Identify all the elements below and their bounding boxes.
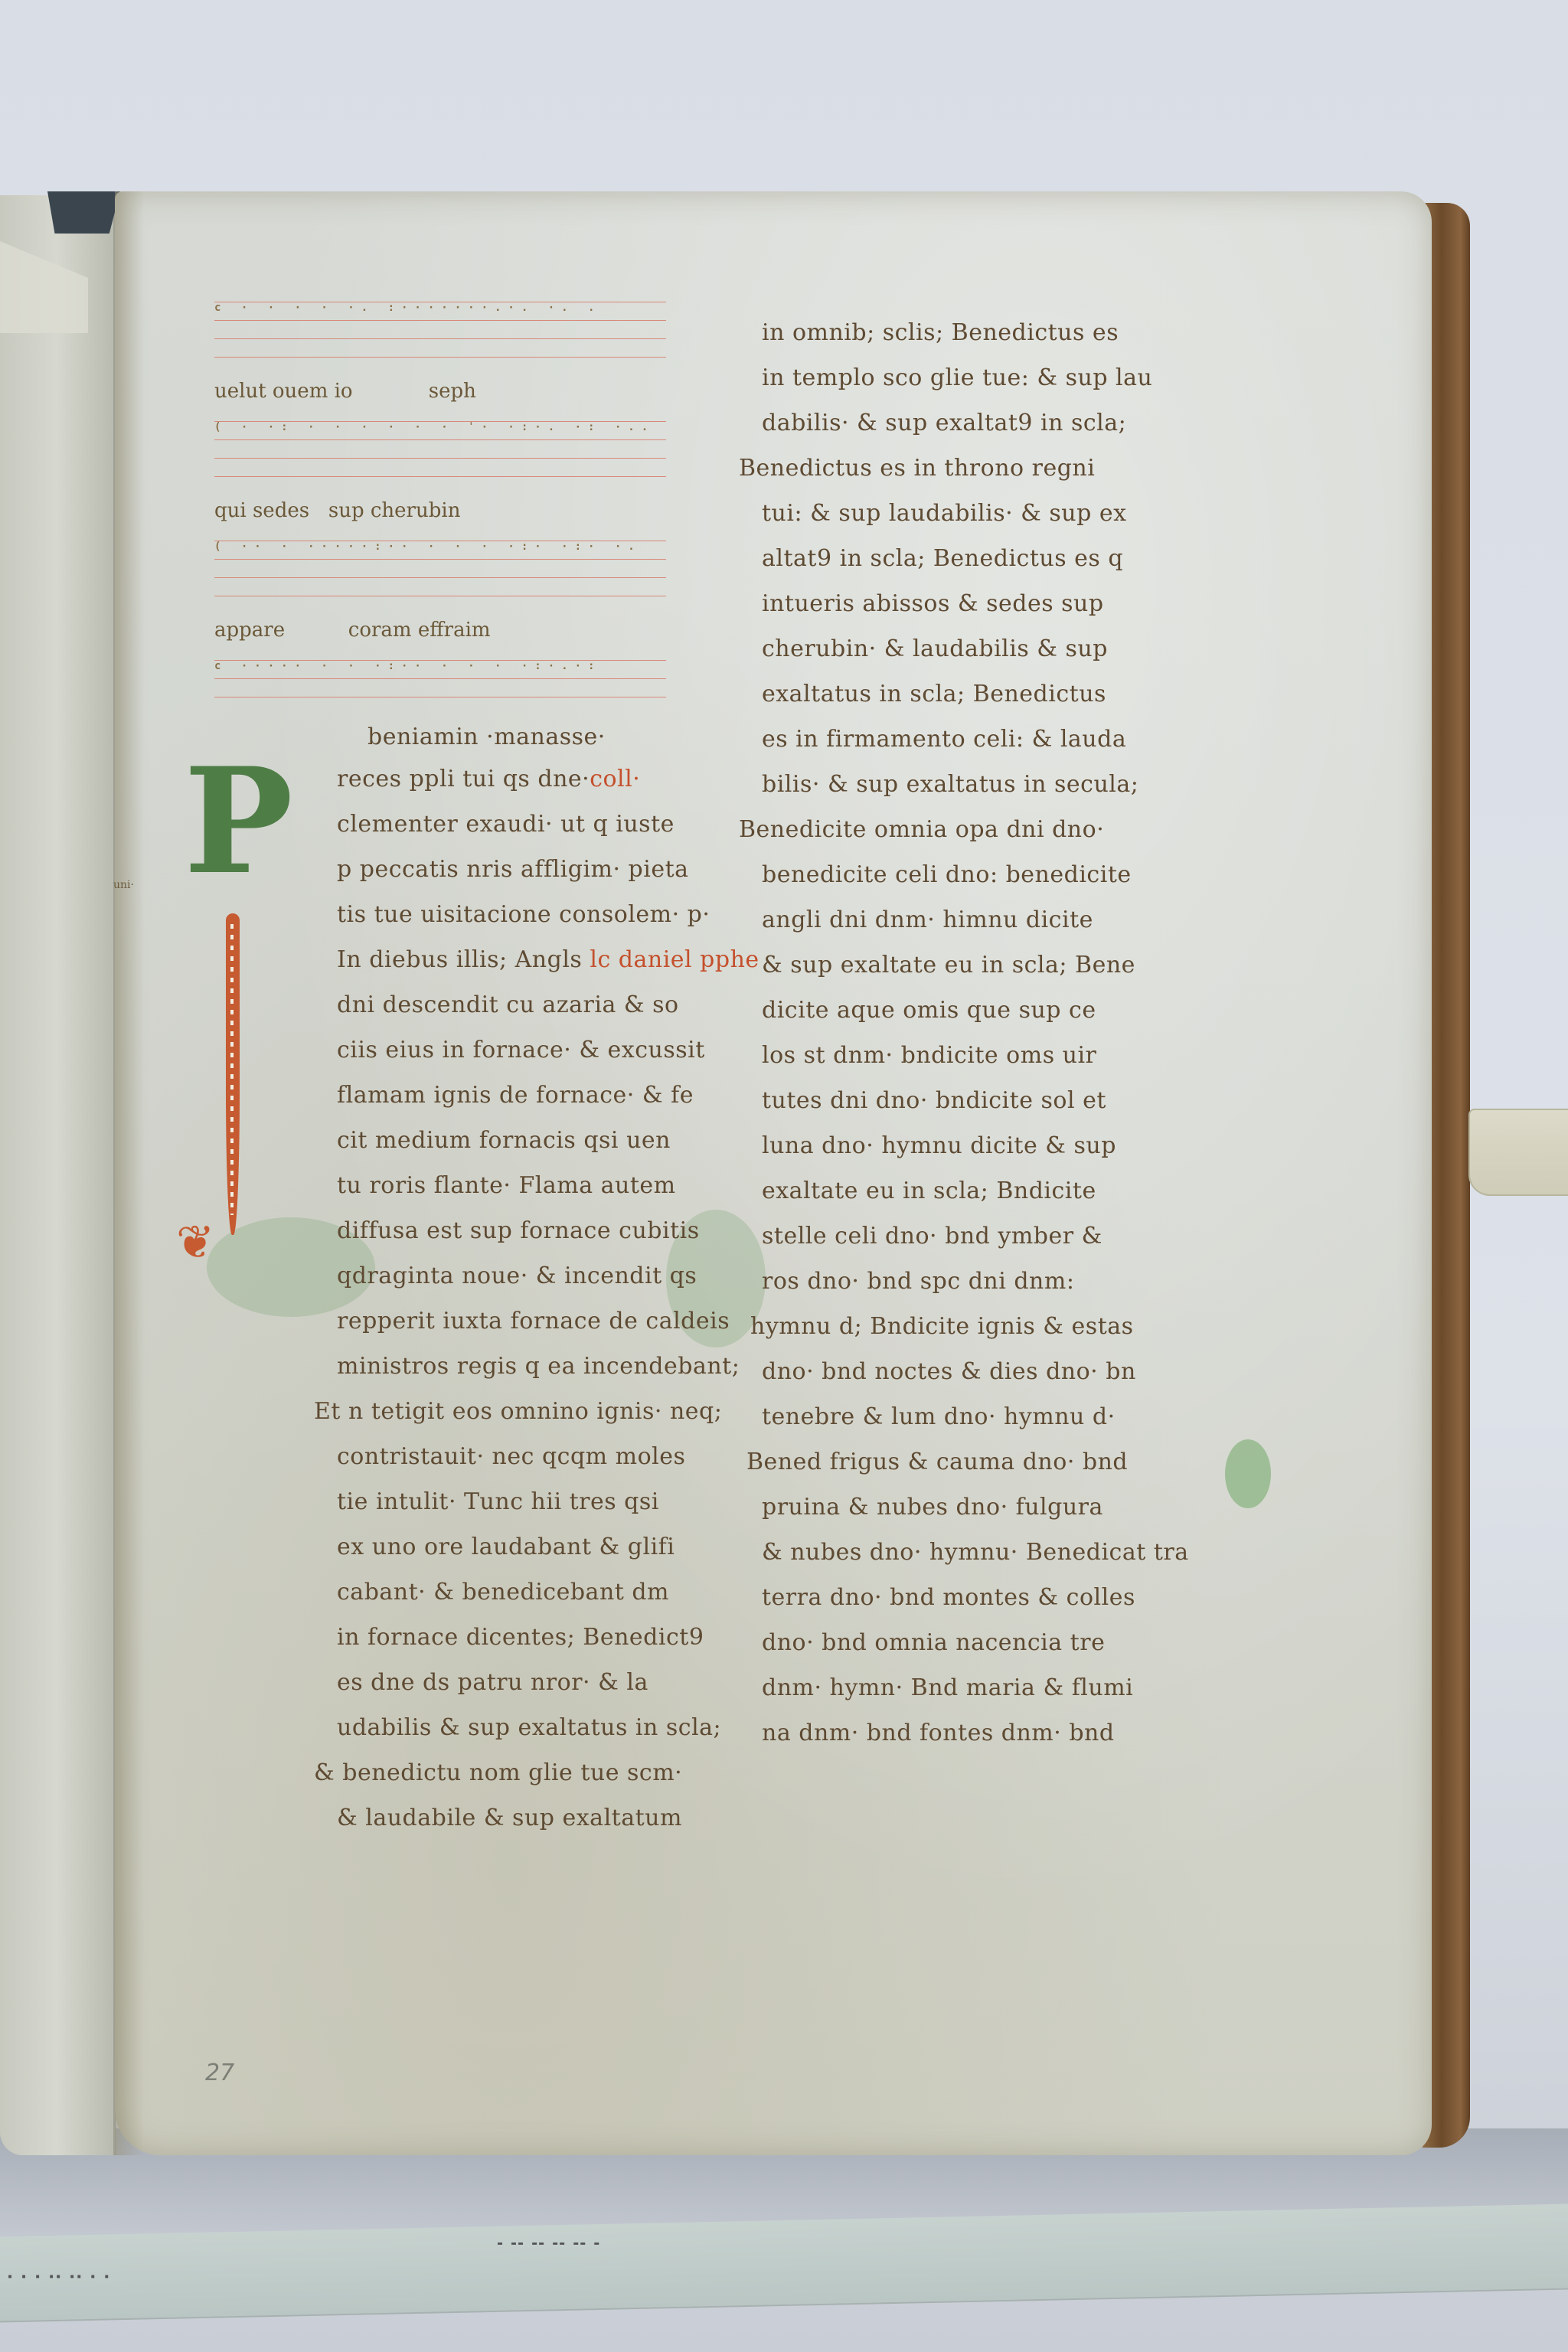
torn-corner: [0, 241, 88, 333]
chant-lyric: qui sedes sup cherubin: [214, 499, 796, 530]
text-line: ex uno ore laudabant & glifi: [337, 1524, 796, 1570]
neumes: c · · · · ·. :·······.·. ·. .: [214, 302, 601, 314]
text-line: repperit iuxta fornace de caldeis: [337, 1298, 796, 1344]
text-line: Et n tetigit eos omnino ignis· neq;: [314, 1389, 796, 1434]
left-column: c · · · · ·. :·······.·. ·. . uelut ouem…: [214, 291, 796, 1841]
text-line: ministros regis q ea incendebant;: [337, 1344, 796, 1389]
text-line: In diebus illis; Angls lc daniel pphe: [337, 937, 796, 982]
collect-text: P ❦ reces ppli tui qs dne·coll· clemente…: [214, 756, 796, 1841]
text-line: stelle celi dno· bnd ymber &: [739, 1214, 1397, 1259]
text-line: intueris abissos & sedes sup: [739, 581, 1397, 626]
text-line: es dne ds patru nror· & la: [337, 1660, 796, 1705]
text-line: in omnib; sclis; Benedictus es: [739, 310, 1397, 355]
cover-fragment: [47, 191, 120, 234]
margin-note: uni·: [113, 879, 134, 891]
text-line: dicite aque omis que sup ce: [739, 988, 1397, 1033]
neumes: c ····· · · ·:·· · · · ·:·.·:: [214, 660, 601, 672]
music-staff: ( · ·: · · · · · · ˈ· ·:·. ·: ·..: [214, 410, 796, 499]
text-line: hymnu d; Bndicite ignis & estas: [739, 1304, 1397, 1349]
text-line: dabilis· & sup exaltat9 in scla;: [739, 400, 1397, 446]
text-line: diffusa est sup fornace cubitis: [337, 1208, 796, 1253]
text-line: dnm· hymn· Bnd maria & flumi: [739, 1665, 1397, 1710]
initial-letter: P: [184, 749, 293, 894]
text-line: es in firmamento celi: & lauda: [739, 717, 1397, 762]
text-line: exaltatus in scla; Benedictus: [739, 671, 1397, 717]
folio-number: 27: [205, 2060, 234, 2086]
text-line: reces ppli tui qs dne·coll·: [337, 756, 796, 802]
text-line: contristauit· nec qcqm moles: [337, 1434, 796, 1479]
verso-page-edge: [0, 195, 116, 2155]
text-line: tu roris flante· Flama autem: [337, 1163, 796, 1208]
text-line: pruina & nubes dno· fulgura: [739, 1485, 1397, 1530]
text-line: tie intulit· Tunc hii tres qsi: [337, 1479, 796, 1524]
illuminated-initial: P ❦: [184, 749, 299, 1208]
lyric-continuation: beniamin ·manasse·: [214, 718, 796, 756]
text-line: luna dno· hymnu dicite & sup: [739, 1123, 1397, 1168]
gutter-shadow: [115, 191, 144, 2155]
text-line: udabilis & sup exaltatus in scla;: [337, 1705, 796, 1750]
text-line: ros dno· bnd spc dni dnm:: [739, 1259, 1397, 1304]
strip-marks: ▪ ▪ ▪ ▪▪ ▪▪ ▪ ▪: [8, 2272, 111, 2281]
music-staff: ( ·· · ·····:·· · · · ·:· ·:· ·.: [214, 530, 796, 619]
text-line: exaltate eu in scla; Bndicite: [739, 1168, 1397, 1214]
chant-lyric: uelut ouem io seph: [214, 380, 796, 410]
text-line: tui: & sup laudabilis· & sup ex: [739, 491, 1397, 536]
text-line: cabant· & benedicebant dm: [337, 1570, 796, 1615]
text-line: benedicite celi dno: benedicite: [739, 852, 1397, 897]
text-line: dno· bnd omnia nacencia tre: [739, 1620, 1397, 1665]
text-line: tenebre & lum dno· hymnu d·: [739, 1394, 1397, 1439]
text-line: Bened frigus & cauma dno· bnd: [739, 1439, 1397, 1485]
text-line: & laudabile & sup exaltatum: [337, 1795, 796, 1841]
text-line: Benedictus es in throno regni: [739, 446, 1397, 491]
text-line: angli dni dnm· himnu dicite: [739, 897, 1397, 942]
music-staff: c ····· · · ·:·· · · · ·:·.·:: [214, 649, 796, 718]
text-line: tutes dni dno· bndicite sol et: [739, 1078, 1397, 1123]
flourish-icon: ❦: [176, 1216, 214, 1269]
text-line: terra dno· bnd montes & colles: [739, 1575, 1397, 1620]
text-line: cit medium fornacis qsi uen: [337, 1118, 796, 1163]
right-column: in omnib; sclis; Benedictus es in templo…: [739, 310, 1397, 1756]
text-line: & sup exaltate eu in scla; Bene: [739, 942, 1397, 988]
text-line: tis tue uisitacione consolem· p·: [337, 892, 796, 937]
text-line: dno· bnd noctes & dies dno· bn: [739, 1349, 1397, 1394]
text-line: los st dnm· bndicite oms uir: [739, 1033, 1397, 1078]
text-line: & nubes dno· hymnu· Benedicat tra: [739, 1530, 1397, 1575]
text-line: p peccatis nris affligim· pieta: [337, 847, 796, 892]
text-line: ciis eius in fornace· & excussit: [337, 1027, 796, 1073]
text-line: cherubin· & laudabilis & sup: [739, 626, 1397, 671]
neumes: ( · ·: · · · · · · ˈ· ·:·. ·: ·..: [214, 421, 655, 433]
strip-marks: ▬ ▬▬ ▬▬ ▬▬ ▬▬ ▬: [498, 2239, 601, 2248]
neumes: ( ·· · ·····:·· · · · ·:· ·:· ·.: [214, 541, 642, 553]
clasp-strap: [1468, 1109, 1568, 1196]
text-line: qdraginta noue· & incendit qs: [337, 1253, 796, 1298]
text-line: na dnm· bnd fontes dnm· bnd: [739, 1710, 1397, 1756]
music-staff: c · · · · ·. :·······.·. ·. .: [214, 291, 796, 380]
text-line: Benedicite omnia opa dni dno·: [739, 807, 1397, 852]
text-line: flamam ignis de fornace· & fe: [337, 1073, 796, 1118]
text-line: bilis· & sup exaltatus in secula;: [739, 762, 1397, 807]
text-line: in fornace dicentes; Benedict9: [337, 1615, 796, 1660]
text-line: clementer exaudi· ut q iuste: [337, 802, 796, 847]
manuscript-page: c · · · · ·. :·······.·. ·. . uelut ouem…: [115, 191, 1432, 2155]
text-line: altat9 in scla; Benedictus es q: [739, 536, 1397, 581]
initial-tail-ornament: [226, 913, 240, 1235]
chant-lyric: appare coram effraim: [214, 619, 796, 649]
text-line: in templo sco glie tue: & sup lau: [739, 355, 1397, 400]
text-line: & benedictu nom glie tue scm·: [314, 1750, 796, 1795]
text-line: dni descendit cu azaria & so: [337, 982, 796, 1027]
